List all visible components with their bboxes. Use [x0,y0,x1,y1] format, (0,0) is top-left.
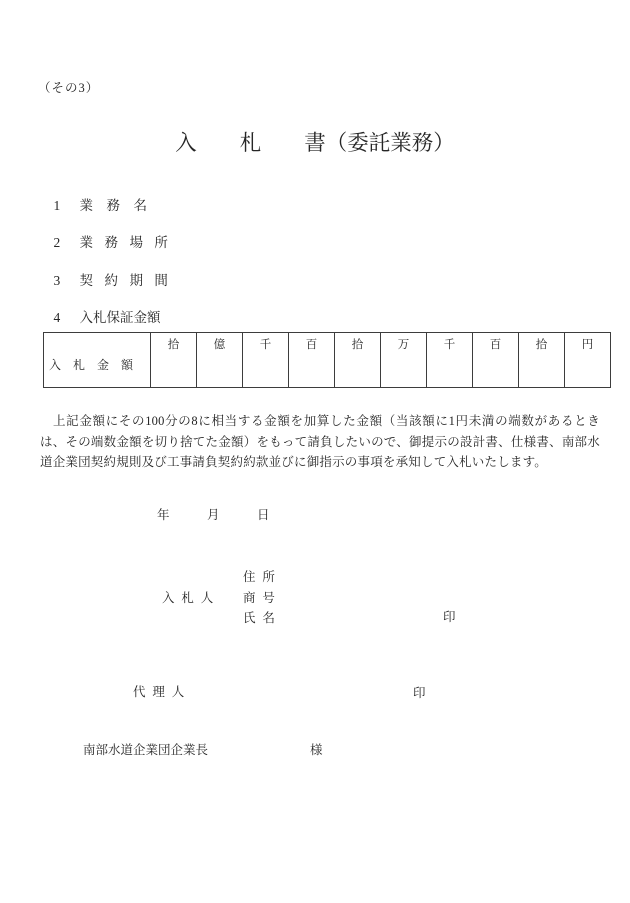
page-title: 入 札 書（委託業務） [0,126,630,157]
addressee-honorific: 様 [310,743,323,758]
amount-digit-cell [473,352,518,386]
unit-header: 百 [306,339,318,351]
agent-seal-mark: 印 [413,686,426,701]
item-label: 業 務 名 [80,198,148,213]
item-number: 2 [54,235,80,251]
amount-digit-cell [519,352,564,386]
item-number: 3 [54,273,80,289]
unit-header: 億 [214,339,226,351]
amount-col-ju-oku: 拾 [151,333,197,388]
amount-row-label: 入 札 金 額 [44,333,151,388]
item-label: 入札保証金額 [80,310,161,325]
bidder-name-label: 氏 名 [243,611,275,626]
agent-role-label: 代 理 人 [133,685,184,700]
bid-amount-table: 入 札 金 額 拾 億 千 百 拾 万 千 百 拾 円 [43,332,611,388]
amount-digit-cell [381,352,426,386]
bidder-company-label: 商 号 [243,591,275,606]
amount-col-ju-man: 拾 [335,333,381,388]
item-label: 契 約 期 間 [80,273,168,288]
unit-header: 拾 [352,339,364,351]
declaration-paragraph: 上記金額にその100分の8に相当する金額を加算した金額（当該額に1円未満の端数が… [40,411,600,473]
amount-digit-cell [289,352,334,386]
amount-col-ju: 拾 [519,333,565,388]
amount-digit-cell [197,352,242,386]
amount-col-hyaku-man: 百 [289,333,335,388]
bidder-role-label: 入 札 人 [162,591,213,606]
bid-form-page: （その3） 入 札 書（委託業務） 1業 務 名 2業 務 場 所 3契 約 期… [0,0,630,903]
unit-header: 千 [260,339,272,351]
date-line: 年 月 日 [157,508,270,523]
amount-col-sen-man: 千 [243,333,289,388]
bidder-address-label: 住 所 [243,570,275,585]
unit-header: 拾 [536,339,548,351]
amount-digit-cell [565,352,610,386]
form-number: （その3） [38,81,99,96]
item-number: 1 [54,198,80,214]
amount-digit-cell [335,352,380,386]
amount-col-man: 万 [381,333,427,388]
amount-digit-cell [427,352,472,386]
item-label: 業 務 場 所 [80,235,168,250]
amount-col-oku: 億 [197,333,243,388]
unit-header: 千 [444,339,456,351]
amount-col-en: 円 [565,333,611,388]
unit-header: 拾 [168,339,180,351]
amount-table-row: 入 札 金 額 拾 億 千 百 拾 万 千 百 拾 円 [44,333,611,388]
unit-header: 万 [398,339,410,351]
bidder-seal-mark: 印 [443,610,456,625]
unit-header: 百 [490,339,502,351]
amount-digit-cell [243,352,288,386]
item-number: 4 [54,310,80,326]
amount-col-hyaku: 百 [473,333,519,388]
addressee-name: 南部水道企業団企業長 [83,743,208,758]
amount-col-sen: 千 [427,333,473,388]
amount-digit-cell [151,352,196,386]
unit-header: 円 [582,339,594,351]
